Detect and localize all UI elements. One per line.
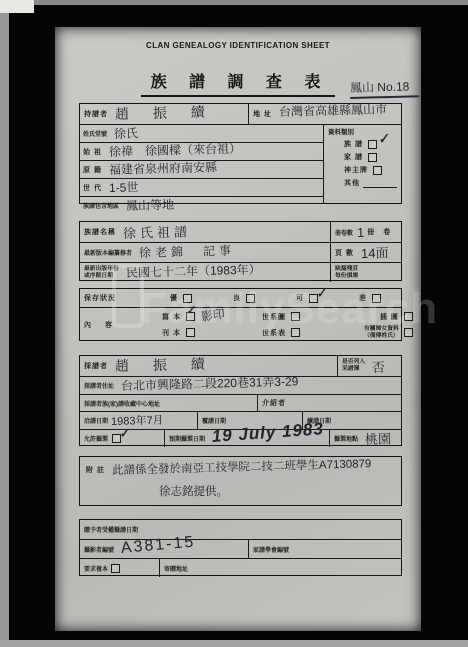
pages-label: 頁 數 xyxy=(335,248,354,258)
contact-date-label: 洽譜日期 xyxy=(84,416,108,425)
illustrations-checkbox xyxy=(404,312,413,321)
origin-handwriting: 福建省泉州府南安縣 xyxy=(109,158,217,178)
category-option-genealogy: 族 譜 ✓ xyxy=(344,139,397,149)
review-date-label: 覆譜日期 xyxy=(202,416,226,425)
genealogy-checkbox: ✓ xyxy=(368,140,377,149)
collector-address-handwriting: 台北市興隆路二段220巷31弄3-29 xyxy=(121,372,299,394)
filming-admin-section: 贈予者受權攝譜日期 攝影者編號 A381-15 家譜學會編號 要求複本 寄贈地址 xyxy=(79,519,402,576)
collector-section: 採譜者 趙 振 續 是否列入采譜簿 否 採譜者住址 台北市興隆路二段220巷31… xyxy=(79,355,402,446)
copy-request-checkbox xyxy=(111,564,120,573)
remarks-label: 附 註 xyxy=(86,465,105,475)
content-option-illustrations: 插 圖 xyxy=(364,310,421,323)
ancestral-tablet-checkbox xyxy=(373,166,382,175)
introducer-label: 介紹者 xyxy=(262,398,286,408)
condition-option-poor: 差 xyxy=(359,293,383,303)
content-option-lineage-chart: 世系圖 xyxy=(262,310,364,323)
book-title-label: 族譜名稱 xyxy=(84,227,116,237)
photocopy-handwriting: 影印 xyxy=(200,305,226,325)
first-ancestor-handwriting: 徐禕 徐國樑（來台祖） xyxy=(109,140,241,160)
content-option-print: 刊 本 xyxy=(162,326,262,339)
identity-section: 持譜者 趙 振 續 地 址 台灣省高雄縣鳳山市 姓氏堂號 徐氏 始 祖 徐禕 徐… xyxy=(79,103,402,204)
poor-checkbox xyxy=(372,294,381,303)
book-info-section: 族譜名稱 徐氏祖譜 冊卷數 1 冊 卷 最新版本編纂修者 徐老錦 記事 頁 數 … xyxy=(79,221,402,281)
filming-permitted-checkbox: ✓ xyxy=(112,434,121,443)
category-option-ancestral-tablet: 神主牌 xyxy=(344,165,397,175)
filming-permitted-label: 允許攝製 xyxy=(84,434,108,443)
condition-option-fair: 可 ✓ xyxy=(296,293,320,303)
scanned-form-sheet: CLAN GENEALOGY IDENTIFICATION SHEET 族 譜 … xyxy=(55,27,421,631)
photo-edge-bottom xyxy=(0,640,468,647)
first-ancestor-label: 始 祖 xyxy=(83,147,102,157)
condition-content-section: 保存狀況 優 良 可 ✓ 差 xyxy=(79,288,402,341)
society-number-label: 家譜學會編號 xyxy=(253,545,289,554)
origin-label: 原 籍 xyxy=(83,165,102,175)
excellent-checkbox xyxy=(183,294,192,303)
book-title-handwriting: 徐氏祖譜 xyxy=(123,221,191,242)
family-record-checkbox xyxy=(368,153,377,162)
manuscript-checkbox: ✓ xyxy=(186,312,195,321)
women-data-checkbox xyxy=(404,328,413,337)
content-option-women-data: 有關婦女資料（僅傳姓氏） xyxy=(364,326,421,339)
form-english-title: CLAN GENEALOGY IDENTIFICATION SHEET xyxy=(55,41,421,50)
missing-pages-label: 缺漏殘頁每份損壞 xyxy=(335,266,358,280)
good-checkbox xyxy=(246,294,255,303)
compiler-label: 最新版本編纂修者 xyxy=(84,248,132,257)
collector-label: 採譜者 xyxy=(84,361,108,371)
condition-option-good: 良 xyxy=(233,293,257,303)
remarks-line1-handwriting: 此譜係全發於南亞工技學院二技二班學生A7130879 xyxy=(112,455,372,478)
publication-date-handwriting: 民國七十二年（1983年） xyxy=(126,260,261,281)
photo-corner-highlight xyxy=(0,0,34,13)
other-blank-line xyxy=(363,180,397,188)
condition-label: 保存狀況 xyxy=(84,293,140,303)
copy-request-label: 要求複本 xyxy=(84,564,108,573)
handwritten-sheet-number: 鳳山 No.18 xyxy=(350,77,420,99)
generations-label: 世 代 xyxy=(83,183,102,193)
expected-filming-date-label: 預期攝製日期 xyxy=(169,434,205,443)
fair-checkbox: ✓ xyxy=(309,294,318,303)
address-label: 地 址 xyxy=(253,109,272,119)
listed-answer-handwriting: 否 xyxy=(372,356,386,375)
data-category-box: 資料類別 族 譜 ✓ 家 譜 神主牌 其他 xyxy=(323,125,401,204)
volumes-label: 冊卷數 xyxy=(335,228,353,237)
condition-option-excellent: 優 xyxy=(170,293,194,303)
listed-in-register-label: 是否列入采譜簿 xyxy=(342,359,365,373)
remarks-section: 附 註 此譜係全發於南亞工技學院二技二班學生A7130879 徐志銘提供。 xyxy=(79,456,402,506)
filming-place-label: 攝製地點 xyxy=(334,434,358,443)
volumes-unit-label: 冊 卷 xyxy=(367,227,391,237)
content-option-manuscript: 寫 本 ✓ 影印 xyxy=(162,310,262,323)
publication-date-label: 最新出版年份或序跋日期 xyxy=(84,266,119,280)
photo-edge-left xyxy=(0,0,9,647)
content-label: 內 容 xyxy=(84,320,140,330)
area-covered-handwriting: 鳳山等地 xyxy=(126,196,174,214)
compiler-handwriting: 徐老錦 記事 xyxy=(139,241,235,261)
other-label: 其他 xyxy=(344,178,360,188)
holder-name-handwriting: 趙 振 續 xyxy=(115,101,215,124)
filming-place-handwriting: 桃園 xyxy=(365,428,392,448)
holder-label: 持譜者 xyxy=(84,109,108,119)
category-option-other: 其他 xyxy=(344,178,397,188)
lineage-chart-checkbox xyxy=(291,312,300,321)
surname-hall-label: 姓氏堂號 xyxy=(83,129,107,138)
donor-authorization-date-label: 贈予者受權攝譜日期 xyxy=(84,525,138,534)
pages-handwriting: 14面 xyxy=(361,242,389,262)
photographer-number-label: 攝影者編號 xyxy=(84,545,114,554)
volumes-handwriting: 1 xyxy=(357,224,365,239)
form-chinese-title: 族 譜 調 查 表 xyxy=(141,69,336,97)
generations-handwriting: 1-5世 xyxy=(109,178,139,196)
photo-edge-top xyxy=(0,0,468,5)
remarks-line2-handwriting: 徐志銘提供。 xyxy=(159,486,228,498)
address-handwriting: 台灣省高雄縣鳳山市 xyxy=(279,100,387,120)
surname-hall-handwriting: 徐氏 xyxy=(114,124,138,142)
area-covered-label: 族譜包含地區 xyxy=(83,201,119,210)
category-option-family-record: 家 譜 xyxy=(344,152,397,162)
send-address-label: 寄贈地址 xyxy=(164,564,188,573)
content-option-lineage-table: 世系表 xyxy=(262,326,364,339)
lineage-table-checkbox xyxy=(291,328,300,337)
collection-center-label: 採譜者族(家)譜收藏中心地址 xyxy=(84,399,160,408)
print-checkbox xyxy=(186,328,195,337)
collector-name-handwriting: 趙 振 續 xyxy=(115,353,215,376)
collector-address-label: 採譜者住址 xyxy=(84,381,114,390)
